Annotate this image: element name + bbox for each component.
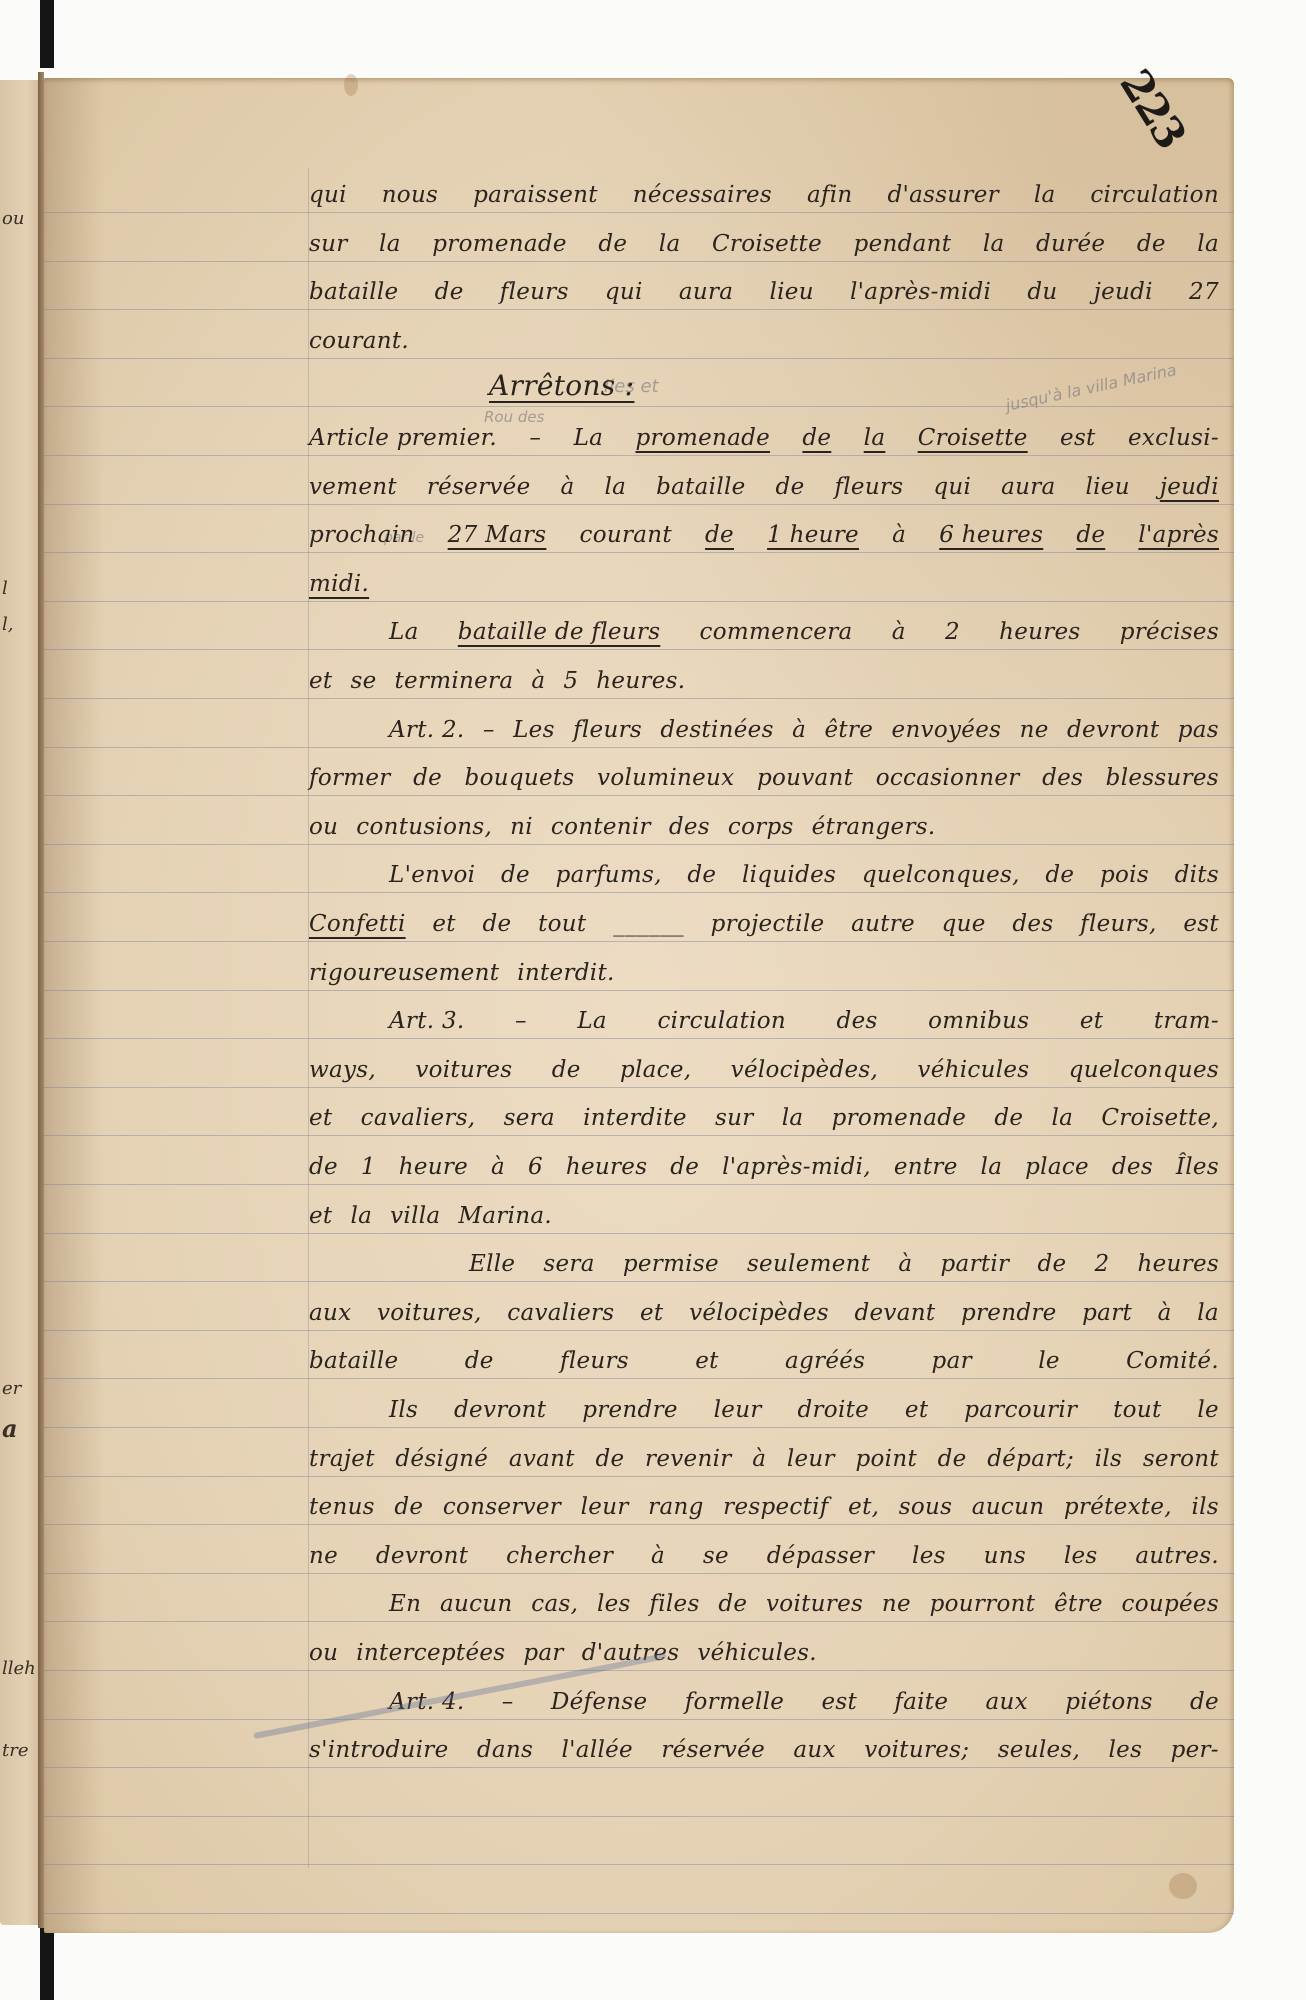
word: qui [605, 279, 643, 305]
word: de [776, 474, 805, 500]
word: prétexte, [1064, 1494, 1172, 1520]
binding-strip-top [40, 0, 54, 68]
word: sur [715, 1105, 754, 1131]
word: vement [309, 474, 397, 500]
word: du [1027, 279, 1057, 305]
manuscript-line: tenusdeconserverleurrangrespectifet,sous… [309, 1476, 1219, 1524]
word: promenade [432, 231, 567, 257]
word: à [560, 474, 574, 500]
word: la [1034, 182, 1056, 208]
word: files [649, 1591, 699, 1617]
word: bouquets [465, 765, 575, 791]
manuscript-line: etlavillaMarina. [309, 1185, 1219, 1233]
word: la [1051, 1105, 1073, 1131]
word: réservée [427, 474, 531, 500]
word: heures [999, 619, 1080, 645]
word: seulement [747, 1251, 870, 1277]
word: formelle [685, 1689, 785, 1715]
word: durée [1036, 231, 1105, 257]
word: circulation [1090, 182, 1219, 208]
word: de [309, 1154, 338, 1180]
word: être [1054, 1591, 1103, 1617]
manuscript-line: etsetermineraà5heures. [309, 650, 1219, 698]
word: pouvant [757, 765, 853, 791]
word: à [1158, 1300, 1172, 1326]
manuscript-line: ways,voituresdeplace,vélocipèdes,véhicul… [309, 1039, 1219, 1087]
word: ils [1095, 1446, 1122, 1472]
word: la [1197, 231, 1219, 257]
manuscript-line: auxvoitures,cavaliersetvélocipèdesdevant… [309, 1282, 1219, 1330]
word: interceptées [356, 1640, 505, 1666]
word: devront [376, 1543, 468, 1569]
word: Comité. [1126, 1348, 1219, 1374]
manuscript-line: quinousparaissentnécessairesafind'assure… [309, 164, 1219, 212]
word: pas [1178, 717, 1219, 743]
word: aux [309, 1300, 351, 1326]
word: aucun [440, 1591, 513, 1617]
word: voitures; [864, 1737, 969, 1763]
left-page-fragment: l [2, 578, 8, 599]
word: l'après [1138, 522, 1219, 548]
word: autre [851, 911, 915, 937]
word: de [482, 911, 511, 937]
left-page-fragment: tre [2, 1740, 29, 1761]
word: la [1197, 1300, 1219, 1326]
word: respectif [723, 1494, 828, 1520]
left-page-fragment: a [2, 1414, 18, 1443]
word: fleurs [573, 717, 642, 743]
word: à [892, 522, 906, 548]
word: cavaliers [507, 1300, 614, 1326]
word: coupées [1122, 1591, 1219, 1617]
word: est [1060, 425, 1096, 451]
word: conserver [443, 1494, 561, 1520]
manuscript-line: vementréservéeàlabatailledefleursquiaura… [309, 456, 1219, 504]
word: voitures [415, 1057, 512, 1083]
word: à [752, 1446, 766, 1472]
word: promenade [832, 1105, 967, 1131]
manuscript-line: rigoureusementinterdit. [309, 942, 1219, 990]
word: 6 [528, 1154, 543, 1180]
word: point [856, 1446, 917, 1472]
word: qui [309, 182, 347, 208]
word: quelconques, [862, 862, 1020, 888]
word: faite [894, 1689, 948, 1715]
word: la [981, 1154, 1003, 1180]
word: per- [1171, 1737, 1219, 1763]
word: sous [899, 1494, 952, 1520]
word: la [379, 231, 401, 257]
word: de [435, 279, 464, 305]
word: le [1197, 1397, 1219, 1423]
word: qui [933, 474, 971, 500]
word: ne [309, 1543, 338, 1569]
word: omnibus [928, 1008, 1029, 1034]
folio-number: 223 [1111, 61, 1196, 156]
word: Art. 2. [389, 717, 465, 743]
word: villa [390, 1203, 440, 1229]
word: Article premier. [309, 425, 497, 451]
manuscript-line: Labataille de fleurscommenceraà2heurespr… [309, 601, 1219, 649]
word: circulation [657, 1008, 786, 1034]
manuscript-line: Confettietdetout______projectileautreque… [309, 893, 1219, 941]
word: devront [1067, 717, 1159, 743]
word: sur [309, 231, 348, 257]
word: désigné [395, 1446, 488, 1472]
word: cavaliers, [361, 1105, 476, 1131]
word: interdit. [517, 960, 614, 986]
ruled-line [44, 1864, 1234, 1865]
word: chercher [506, 1543, 613, 1569]
word: piétons [1065, 1689, 1153, 1715]
word: de [1037, 1251, 1066, 1277]
word: les [1064, 1543, 1098, 1569]
manuscript-line: Ilsdevrontprendreleurdroiteetparcourirto… [309, 1379, 1219, 1427]
word: liquides [742, 862, 836, 888]
manuscript-line: batailledefleursquiauralieul'après-midid… [309, 261, 1219, 309]
word: pois [1100, 862, 1149, 888]
word: être [824, 717, 873, 743]
word: La [389, 619, 419, 645]
word: aucun [972, 1494, 1045, 1520]
word: L'envoi [389, 862, 475, 888]
ruled-line [44, 1913, 1234, 1914]
word: ils [1191, 1494, 1218, 1520]
word: nécessaires [633, 182, 772, 208]
word: interdite [583, 1105, 687, 1131]
word: d'assurer [887, 182, 998, 208]
section-heading: Arrêtons : [309, 358, 1219, 406]
word: les [1109, 1737, 1143, 1763]
word: former [309, 765, 391, 791]
word: des [1112, 1154, 1153, 1180]
word: rang [648, 1494, 703, 1520]
word: bataille [309, 279, 398, 305]
word: fleurs [834, 474, 903, 500]
word: leur [787, 1446, 835, 1472]
word: à [531, 668, 545, 694]
ruled-line [44, 1816, 1234, 1817]
word: les [912, 1543, 946, 1569]
word: 27 [1189, 279, 1219, 305]
word: la [983, 231, 1005, 257]
word: des [837, 1008, 878, 1034]
word: leur [581, 1494, 629, 1520]
word: 2 [1094, 1251, 1109, 1277]
word: tenus [309, 1494, 375, 1520]
word: de [394, 1494, 423, 1520]
word: dans [477, 1737, 533, 1763]
word: s'introduire [309, 1737, 448, 1763]
manuscript-line: trajetdésignéavantdereveniràleurpointded… [309, 1428, 1219, 1476]
word: pourront [930, 1591, 1036, 1617]
left-page-fragment: lleh [2, 1658, 36, 1679]
word: courant. [309, 328, 409, 354]
word: heures [566, 1154, 647, 1180]
word: de [705, 522, 734, 548]
word: et [309, 1203, 332, 1229]
word: revenir [645, 1446, 731, 1472]
word: paraissent [473, 182, 598, 208]
word: dits [1175, 862, 1219, 888]
word: de [994, 1105, 1023, 1131]
word: l'allée [562, 1737, 633, 1763]
word: réservée [661, 1737, 765, 1763]
word: à [898, 1251, 912, 1277]
word: droite [797, 1397, 869, 1423]
manuscript-line: Elleserapermiseseulementàpartirde2heures [309, 1233, 1219, 1281]
word: de [1076, 522, 1105, 548]
manuscript-line: Art. 3.–Lacirculationdesomnibusettram- [309, 990, 1219, 1038]
word: jeudi [1094, 279, 1153, 305]
binding-strip-bottom [40, 1925, 54, 2000]
word: la [659, 231, 681, 257]
word: courant [580, 522, 672, 548]
word: aura [1001, 474, 1055, 500]
word: et [432, 911, 455, 937]
word: 27 Mars [448, 522, 547, 548]
word: voitures [766, 1591, 863, 1617]
word: se [703, 1543, 729, 1569]
manuscript-line: midi. [309, 553, 1219, 601]
word: de [465, 1348, 494, 1374]
word: aux [986, 1689, 1028, 1715]
manuscript-line: s'introduiredansl'alléeréservéeauxvoitur… [309, 1719, 1219, 1767]
word: Croisette [712, 231, 822, 257]
ruled-line [44, 1767, 1234, 1768]
word: sera [504, 1105, 555, 1131]
word: Croisette, [1101, 1105, 1219, 1131]
manuscript-line: formerdebouquetsvolumineuxpouvantoccasio… [309, 747, 1219, 795]
word: cas, [531, 1591, 578, 1617]
word: ou [309, 1640, 338, 1666]
word: – [529, 425, 541, 451]
word: lieu [770, 279, 814, 305]
word: Les [513, 717, 555, 743]
word: 1 [361, 1154, 376, 1180]
word: destinées [660, 717, 773, 743]
word: permise [623, 1251, 719, 1277]
word: avant [509, 1446, 575, 1472]
left-page-fragment: ou [2, 208, 24, 229]
word: de [501, 862, 530, 888]
word: 6 heures [939, 522, 1043, 548]
word: et [905, 1397, 928, 1423]
word: tram- [1154, 1008, 1219, 1034]
word: de [718, 1591, 747, 1617]
word: fleurs, [1080, 911, 1157, 937]
word: blessures [1106, 765, 1219, 791]
word: de [598, 231, 627, 257]
word: aura [679, 279, 733, 305]
word: des [1042, 765, 1083, 791]
word: partir [941, 1251, 1010, 1277]
word: tout [538, 911, 586, 937]
word: est [821, 1689, 857, 1715]
word: la [782, 1105, 804, 1131]
word: occasionner [876, 765, 1020, 791]
word: à [651, 1543, 665, 1569]
word: midi. [309, 571, 369, 597]
word: En [389, 1591, 421, 1617]
word: place, [620, 1057, 691, 1083]
word: – [502, 1689, 514, 1715]
word: ______ [613, 911, 684, 937]
word: nous [382, 182, 438, 208]
word: à [491, 1154, 505, 1180]
page-shadow [44, 78, 104, 1933]
word: prendre [961, 1300, 1057, 1326]
manuscript-line: prochain27 Marscourantde1 heureà6 heures… [309, 504, 1219, 552]
word: tout [1113, 1397, 1161, 1423]
word: Îles [1176, 1154, 1219, 1180]
word: de [670, 1154, 699, 1180]
word: Ils [389, 1397, 418, 1423]
word: le [1038, 1348, 1060, 1374]
word: les [597, 1591, 631, 1617]
word: corps [728, 814, 794, 840]
word: 1 heure [767, 522, 859, 548]
word: à [892, 619, 906, 645]
word: La [577, 1008, 607, 1034]
word: précises [1120, 619, 1219, 645]
word: entre [894, 1154, 958, 1180]
word: et [695, 1348, 718, 1374]
manuscript-line: batailledefleursetagréésparleComité. [309, 1330, 1219, 1378]
word: l'après-midi, [722, 1154, 871, 1180]
word: leur [714, 1397, 762, 1423]
word: place [1025, 1154, 1089, 1180]
word: ou [309, 814, 338, 840]
word: la [864, 425, 886, 451]
word: fleurs [560, 1348, 629, 1374]
manuscript-line: Enaucuncas,lesfilesdevoituresnepourrontê… [309, 1573, 1219, 1621]
word: pendant [854, 231, 952, 257]
word: volumineux [597, 765, 734, 791]
word: de [595, 1446, 624, 1472]
word: – [515, 1008, 527, 1034]
manuscript-line: courant. [309, 310, 1219, 358]
word: ni [510, 814, 533, 840]
word: contenir [551, 814, 651, 840]
word: de [938, 1446, 967, 1472]
word: parfums, [556, 862, 662, 888]
word: véhicules [917, 1057, 1029, 1083]
manuscript-line: oucontusions,nicontenirdescorpsétrangers… [309, 796, 1219, 844]
word: prochain [309, 522, 415, 548]
word: jeudi [1160, 474, 1219, 500]
word: agréés [785, 1348, 865, 1374]
word: fleurs [500, 279, 569, 305]
word: terminera [394, 668, 513, 694]
word: autres. [1135, 1543, 1219, 1569]
word: vélocipèdes [689, 1300, 829, 1326]
word: projectile [711, 911, 825, 937]
word: l'après-midi [850, 279, 991, 305]
word: bataille de fleurs [458, 619, 661, 645]
word: devront [454, 1397, 546, 1423]
word: 2 [945, 619, 960, 645]
word: vélocipèdes, [731, 1057, 878, 1083]
word: 5 [563, 668, 578, 694]
word: heure [399, 1154, 468, 1180]
manuscript-line: L'envoideparfums,deliquidesquelconques,d… [309, 844, 1219, 892]
word: la [350, 1203, 372, 1229]
word: est [1183, 911, 1219, 937]
word: envoyées [892, 717, 1002, 743]
word: devant [854, 1300, 935, 1326]
left-page-fragment: er [2, 1378, 21, 1399]
word: de [687, 862, 716, 888]
word: Confetti [309, 911, 406, 937]
word: des [669, 814, 710, 840]
word: Marina. [458, 1203, 552, 1229]
word: lieu [1086, 474, 1130, 500]
word: aux [793, 1737, 835, 1763]
manuscript-line: surlapromenadedelaCroisettependantladuré… [309, 213, 1219, 261]
word: que [942, 911, 986, 937]
word: Art. 3. [389, 1008, 465, 1034]
word: de [413, 765, 442, 791]
paper-stain [1169, 1873, 1197, 1899]
word: exclusi- [1128, 425, 1219, 451]
manuscript-page: 223 Iles et Rou des jusqu'à la villa Mar… [44, 78, 1234, 1933]
manuscript-line: de1heureà6heuresdel'après-midi,entrelapl… [309, 1136, 1219, 1184]
word: uns [984, 1543, 1026, 1569]
word: étrangers. [812, 814, 936, 840]
left-page-fragment: l, [2, 614, 13, 635]
word: de [1137, 231, 1166, 257]
word: de [552, 1057, 581, 1083]
word: quelconques [1069, 1057, 1219, 1083]
word: commencera [700, 619, 853, 645]
word: afin [807, 182, 853, 208]
word: Elle [469, 1251, 515, 1277]
word: par [932, 1348, 972, 1374]
word: véhicules. [697, 1640, 817, 1666]
manuscript-line: nedevrontchercheràsedépasserlesunslesaut… [309, 1525, 1219, 1573]
word: et [309, 668, 332, 694]
word: rigoureusement [309, 960, 499, 986]
word: heures [1138, 1251, 1219, 1277]
paper-stain [344, 74, 358, 96]
word: voitures, [377, 1300, 482, 1326]
word: parcourir [964, 1397, 1077, 1423]
word: de [1190, 1689, 1219, 1715]
word: part [1082, 1300, 1132, 1326]
word: et [309, 1105, 332, 1131]
word: de [1045, 862, 1074, 888]
word: – [483, 717, 495, 743]
word: et, [848, 1494, 879, 1520]
word: départ; [987, 1446, 1074, 1472]
word: seront [1143, 1446, 1219, 1472]
word: bataille [656, 474, 745, 500]
word: des [1012, 911, 1053, 937]
word: prendre [582, 1397, 678, 1423]
word: et [1080, 1008, 1103, 1034]
word: seules, [998, 1737, 1080, 1763]
word: et [640, 1300, 663, 1326]
word: ne [882, 1591, 911, 1617]
word: la [604, 474, 626, 500]
manuscript-line: Art. 2.–Lesfleursdestinéesàêtreenvoyéesn… [309, 699, 1219, 747]
word: dépasser [767, 1543, 874, 1569]
word: de [802, 425, 831, 451]
word: à [792, 717, 806, 743]
word: se [350, 668, 376, 694]
manuscript-line: etcavaliers,serainterditesurlapromenaded… [309, 1087, 1219, 1135]
